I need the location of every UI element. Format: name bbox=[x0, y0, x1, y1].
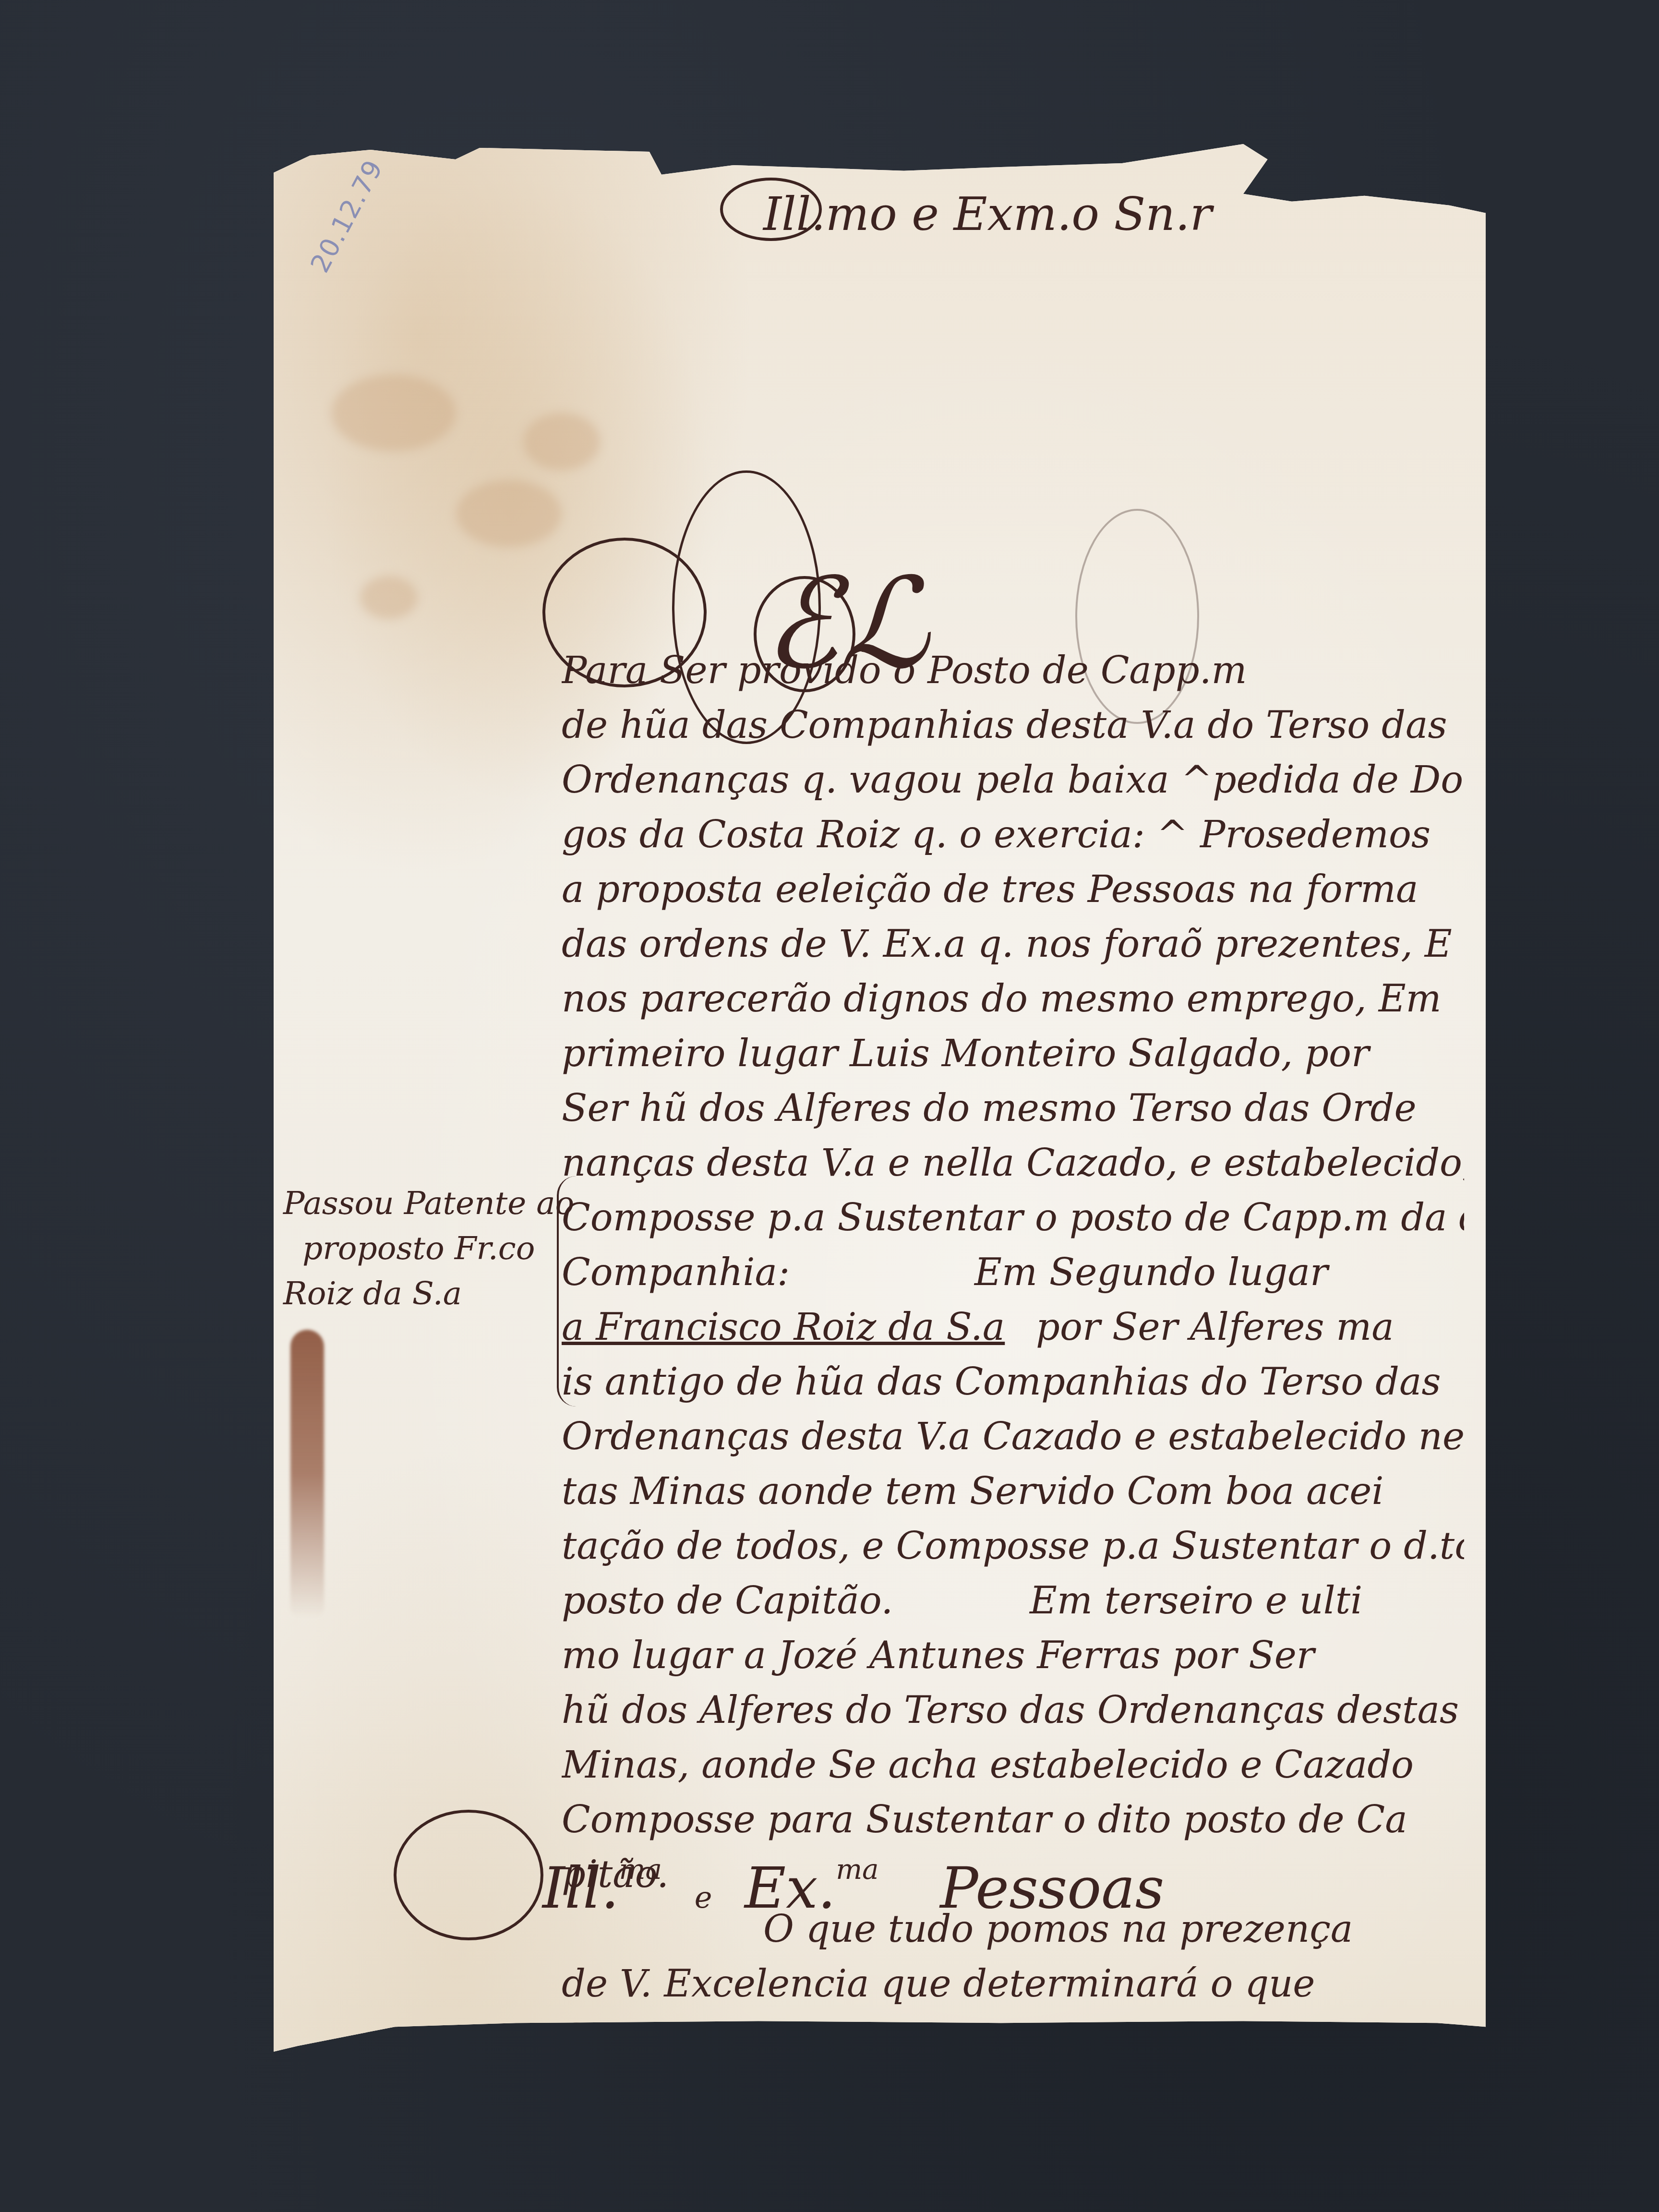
body-line: de V. Excelencia que determinará o que bbox=[562, 1957, 1464, 2011]
ink-stain bbox=[290, 1330, 324, 1618]
manuscript-page: 20.12.79 Ill.mo e Exm.o Sn.r ℰℒ Para Ser… bbox=[274, 144, 1486, 2059]
candidate-name-underlined: a Francisco Roiz da S.a bbox=[562, 1306, 1005, 1349]
body-line: Ordenanças desta V.a Cazado e estabeleci… bbox=[562, 1409, 1464, 1464]
margin-note-line: proposto Fr.co bbox=[283, 1226, 552, 1271]
closing-formula: Ill.ma e Ex.ma Pessoas bbox=[542, 1853, 1164, 1921]
body-line: Composse p.a Sustentar o posto de Capp.m… bbox=[562, 1190, 1464, 1245]
body-line-split: a Francisco Roiz da S.a por Ser Alferes … bbox=[562, 1300, 1464, 1355]
body-line-fragment: posto de Capitão. bbox=[562, 1579, 893, 1623]
body-line: nos parecerão dignos do mesmo emprego, E… bbox=[562, 972, 1464, 1026]
foxing-stain bbox=[523, 413, 600, 470]
closing-prefix-superscript: ma bbox=[619, 1853, 662, 1886]
closing-prefix: Ill. bbox=[542, 1855, 619, 1921]
foxing-stain bbox=[360, 576, 418, 619]
body-line-fragment: Em Segundo lugar bbox=[802, 1251, 1328, 1294]
body-line-split: posto de Capitão. Em terseiro e ulti bbox=[562, 1574, 1464, 1628]
body-line: primeiro lugar Luis Monteiro Salgado, po… bbox=[562, 1026, 1464, 1081]
body-line: das ordens de V. Ex.a q. nos foraõ preze… bbox=[562, 917, 1464, 972]
body-line: hũ dos Alferes do Terso das Ordenanças d… bbox=[562, 1683, 1464, 1738]
body-line: tação de todos, e Composse p.a Sustentar… bbox=[562, 1519, 1464, 1574]
flourish-ornament bbox=[394, 1810, 543, 1940]
body-line-split: Companhia: Em Segundo lugar bbox=[562, 1245, 1464, 1300]
body-line: tas Minas aonde tem Servido Com boa acei bbox=[562, 1464, 1464, 1519]
body-line: Ser hũ dos Alferes do mesmo Terso das Or… bbox=[562, 1081, 1464, 1136]
body-line-fragment: por Ser Alferes ma bbox=[1017, 1306, 1394, 1349]
margin-note-line: Passou Patente ao bbox=[283, 1181, 552, 1226]
body-line: a proposta eeleição de tres Pessoas na f… bbox=[562, 862, 1464, 917]
margin-note-line: Roiz da S.a bbox=[283, 1271, 552, 1316]
foxing-stain bbox=[456, 480, 562, 547]
body-line: Minas, aonde Se acha estabelecido e Caza… bbox=[562, 1738, 1464, 1792]
closing-second-superscript: ma bbox=[836, 1853, 879, 1886]
margin-brace bbox=[557, 1176, 578, 1407]
pencil-annotation: 20.12.79 bbox=[304, 155, 389, 277]
body-line: is antigo de hũa das Companhias do Terso… bbox=[562, 1355, 1464, 1409]
body-line: nanças desta V.a e nella Cazado, e estab… bbox=[562, 1136, 1464, 1190]
body-line: Composse para Sustentar o dito posto de … bbox=[562, 1792, 1464, 1847]
salutation: Ill.mo e Exm.o Sn.r bbox=[763, 187, 1212, 241]
foxing-stain bbox=[331, 374, 456, 451]
body-line: gos da Costa Roiz q. o exercia: ^ Prosed… bbox=[562, 807, 1464, 862]
body-line: Para Ser provido o Posto de Capp.m bbox=[562, 643, 1464, 698]
closing-last: Pessoas bbox=[940, 1855, 1164, 1921]
body-line: mo lugar a Jozé Antunes Ferras por Ser bbox=[562, 1628, 1464, 1683]
margin-note: Passou Patente ao proposto Fr.co Roiz da… bbox=[283, 1181, 552, 1316]
body-line: for Servido. bbox=[562, 2011, 1464, 2066]
closing-conjunction: e bbox=[695, 1880, 712, 1915]
body-line-fragment: Companhia: bbox=[562, 1251, 790, 1294]
body-line-fragment: Em terseiro e ulti bbox=[905, 1579, 1362, 1623]
body-line: Ordenanças q. vagou pela baixa ^pedida d… bbox=[562, 753, 1464, 807]
closing-second: Ex. bbox=[745, 1855, 836, 1921]
body-line: de hũa das Companhias desta V.a do Terso… bbox=[562, 698, 1464, 753]
